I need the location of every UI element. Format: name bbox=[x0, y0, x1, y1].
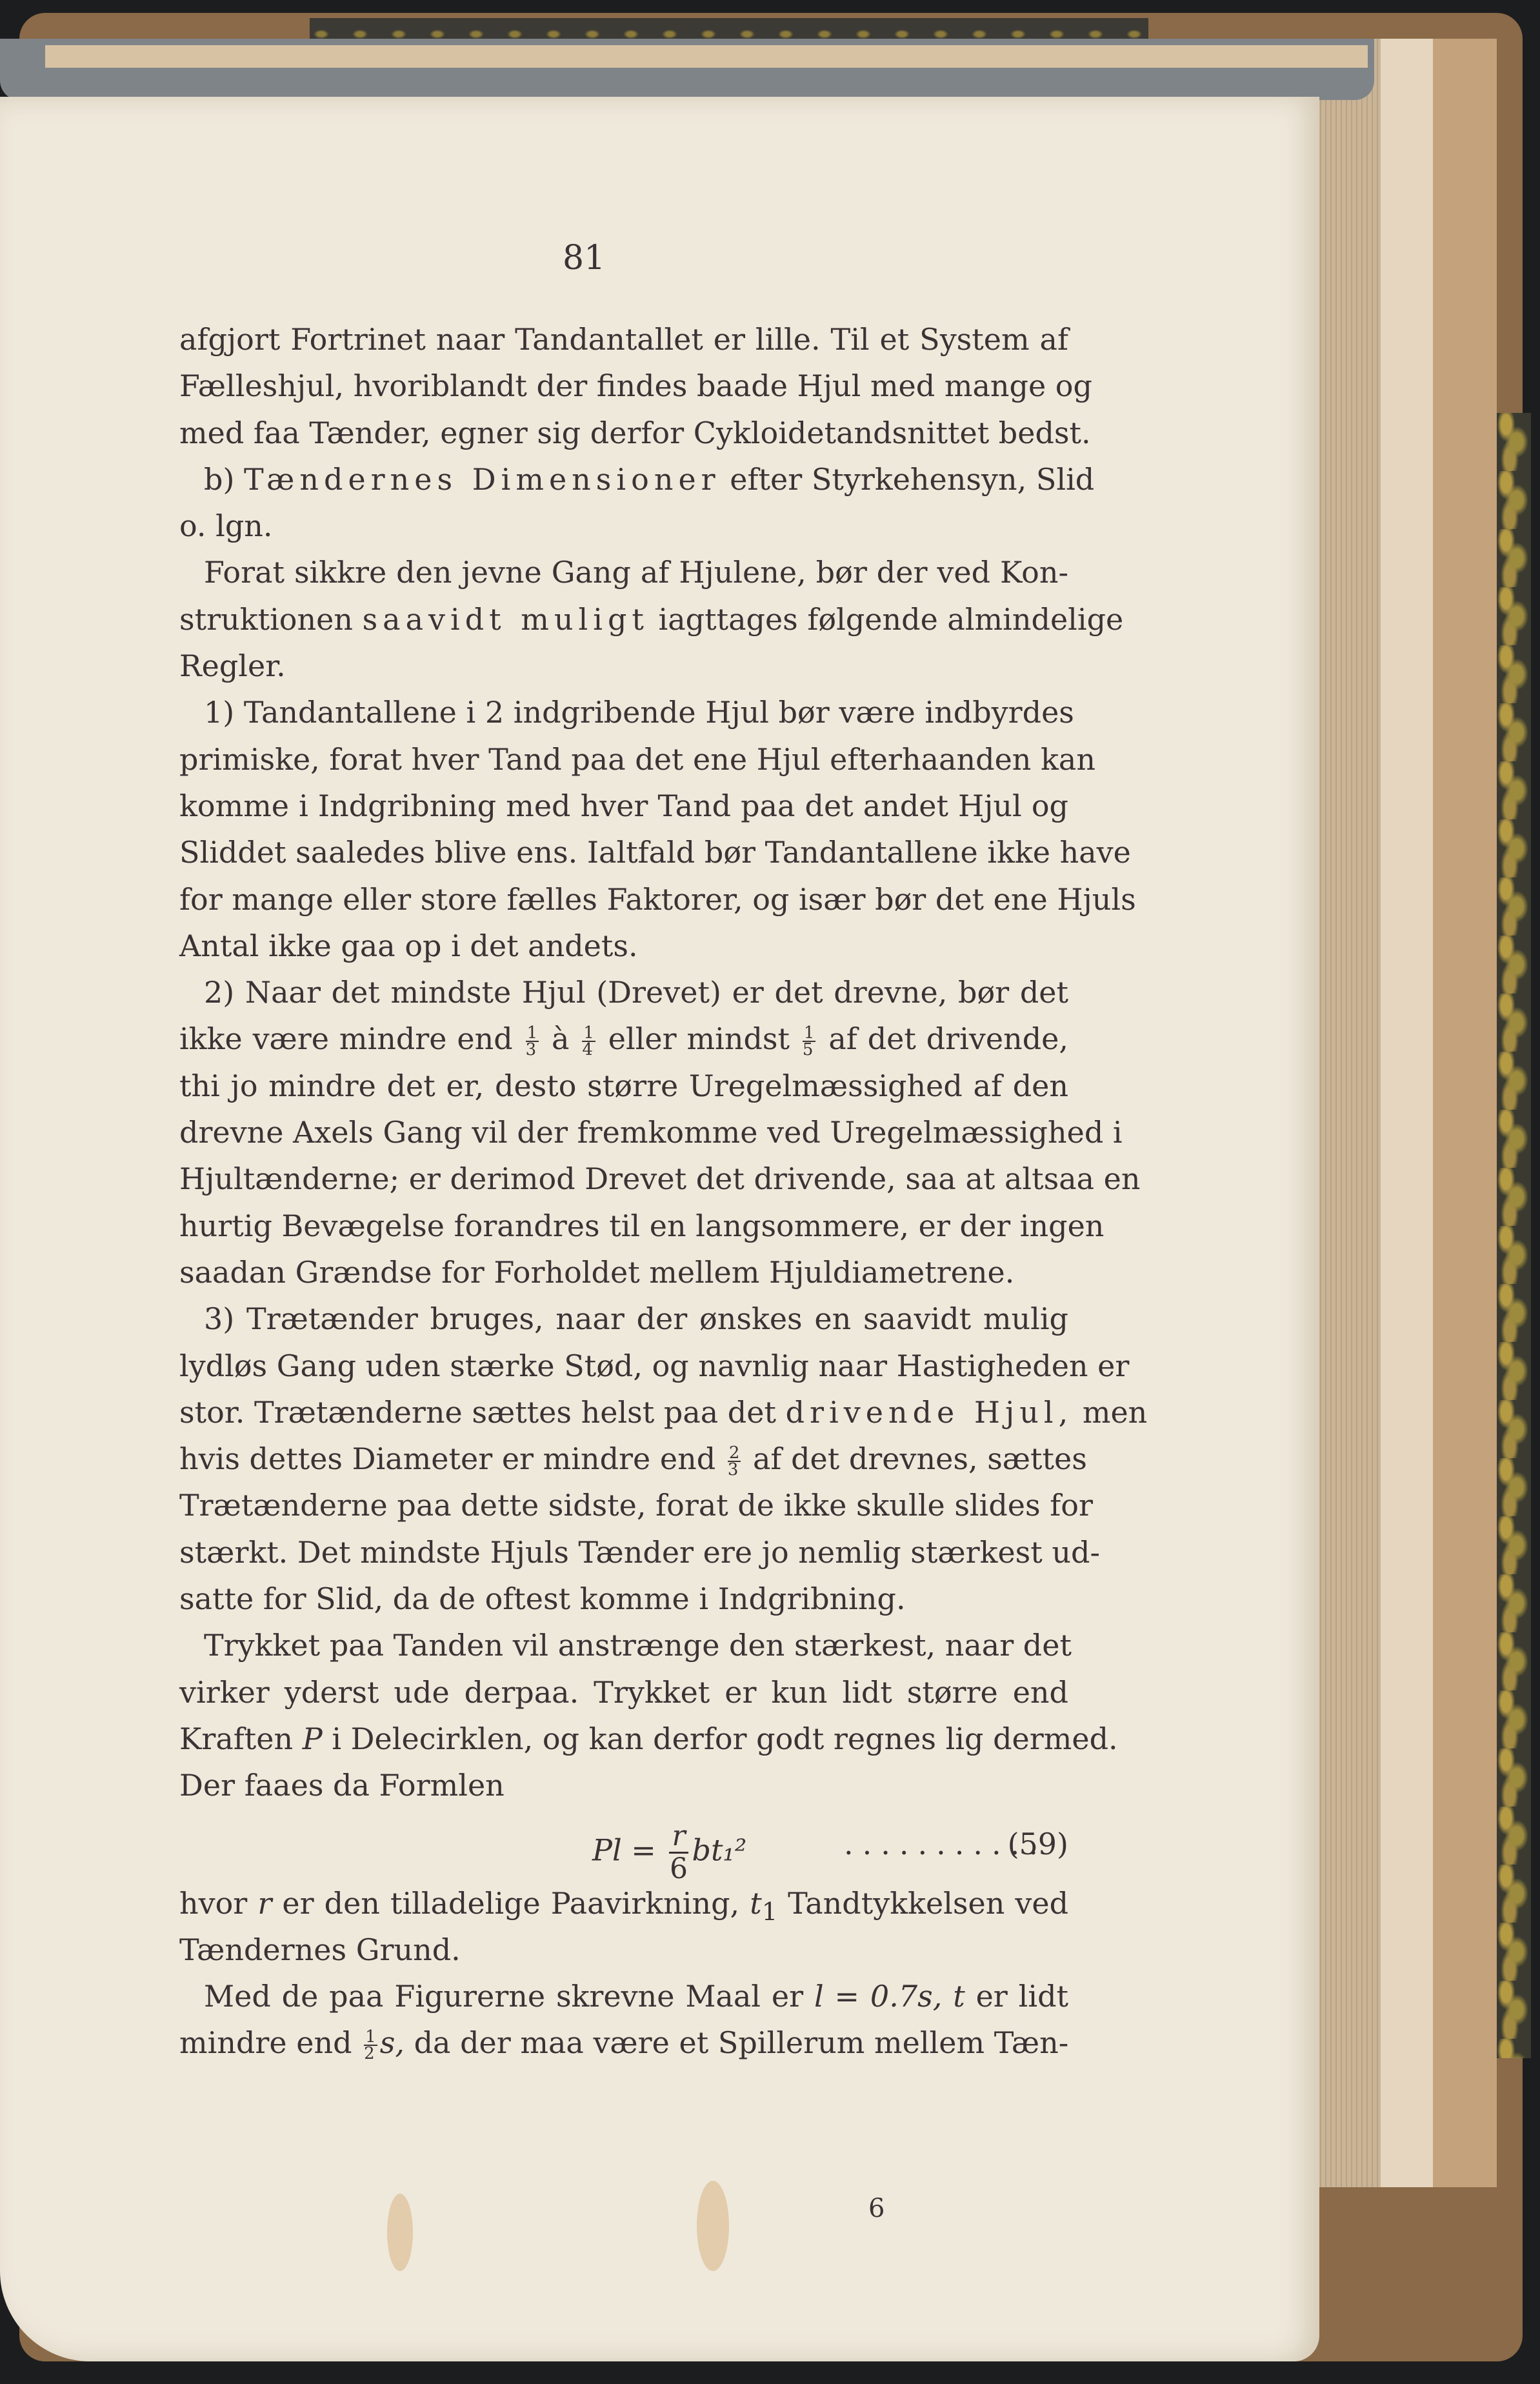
text-line: Med de paa Figurerne skrevne Maal er l =… bbox=[179, 1973, 1068, 2019]
text-line: lydløs Gang uden stærke Stød, og navnlig… bbox=[179, 1343, 1068, 1389]
text-line: Der faaes da Formlen bbox=[179, 1762, 1068, 1808]
text-line: Antal ikke gaa op i det andets. bbox=[179, 923, 1068, 969]
fraction: 12 bbox=[364, 2029, 377, 2061]
section-heading: Tændernes Dimensioner bbox=[244, 462, 721, 497]
section-heading-line: b) Tændernes Dimensioner efter Styrkehen… bbox=[179, 456, 1068, 503]
text-line: mindre end 12s, da der maa være et Spill… bbox=[179, 2019, 1068, 2066]
text-line: hvor r er den tilladelige Paavirkning, t… bbox=[179, 1880, 1068, 1927]
text-line: Kraften P i Delecirklen, og kan derfor g… bbox=[179, 1716, 1068, 1762]
text-line: Trætænderne paa dette sidste, forat de i… bbox=[179, 1482, 1068, 1528]
text-line: primiske, forat hver Tand paa det ene Hj… bbox=[179, 736, 1068, 783]
text-line: saadan Grændse for Forholdet mellem Hjul… bbox=[179, 1249, 1068, 1296]
text-line: Tændernes Grund. bbox=[179, 1927, 1068, 1973]
equation-number: (59) bbox=[1008, 1821, 1068, 1867]
page-fore-edge bbox=[1316, 39, 1381, 2187]
text-line: Regler. bbox=[179, 643, 1068, 689]
page-number: 81 bbox=[563, 239, 605, 277]
foxing-stain bbox=[697, 2181, 729, 2271]
foxing-stain bbox=[387, 2194, 413, 2271]
text-line: drevne Axels Gang vil der fremkomme ved … bbox=[179, 1109, 1068, 1156]
fraction: 23 bbox=[728, 1445, 741, 1477]
text-line: struktionen saavidt muligt iagttages føl… bbox=[179, 596, 1068, 643]
text-line: thi jo mindre det er, desto større Urege… bbox=[179, 1063, 1068, 1109]
text-line: ikke være mindre end 13 à 14 eller minds… bbox=[179, 1016, 1068, 1062]
text-line: Sliddet saaledes blive ens. Ialtfald bør… bbox=[179, 829, 1068, 876]
fraction: 14 bbox=[582, 1025, 595, 1057]
text-line: Hjultænderne; er derimod Drevet det driv… bbox=[179, 1156, 1068, 1202]
fraction: r6 bbox=[669, 1821, 688, 1885]
text-line: Trykket paa Tanden vil anstrænge den stæ… bbox=[179, 1622, 1068, 1668]
text-line: hurtig Bevægelse forandres til en langso… bbox=[179, 1203, 1068, 1249]
page-top-edge bbox=[45, 45, 1368, 68]
fraction: 15 bbox=[803, 1025, 816, 1057]
page-stack-edge bbox=[1381, 39, 1497, 2187]
list-item-1: 1) Tandantallene i 2 indgribende Hjul bø… bbox=[179, 689, 1068, 736]
text-line: Forat sikkre den jevne Gang af Hjulene, … bbox=[179, 549, 1068, 596]
text-line: Fælleshjul, hvoriblandt der findes baade… bbox=[179, 363, 1068, 409]
marbled-cover-edge bbox=[1495, 413, 1531, 2058]
fraction: 13 bbox=[526, 1025, 539, 1057]
text-line: for mange eller store fælles Faktorer, o… bbox=[179, 876, 1068, 923]
formula-59: Pl = r6bt₁² ........... (59) bbox=[179, 1809, 1068, 1880]
text-line: komme i Indgribning med hver Tand paa de… bbox=[179, 783, 1068, 829]
text-line: o. lgn. bbox=[179, 503, 1068, 549]
text-line: virker yderst ude derpaa. Trykket er kun… bbox=[179, 1669, 1068, 1716]
body-text: afgjort Fortrinet naar Tandantallet er l… bbox=[179, 316, 1068, 2067]
text-line: afgjort Fortrinet naar Tandantallet er l… bbox=[179, 316, 1068, 363]
text-line: hvis dettes Diameter er mindre end 23 af… bbox=[179, 1436, 1068, 1482]
list-item-2: 2) Naar det mindste Hjul (Drevet) er det… bbox=[179, 969, 1068, 1016]
printer-signature-mark: 6 bbox=[868, 2194, 885, 2223]
text-line: med faa Tænder, egner sig derfor Cykloid… bbox=[179, 410, 1068, 456]
text-line: stærkt. Det mindste Hjuls Tænder ere jo … bbox=[179, 1529, 1068, 1576]
formula-expression: Pl = r6bt₁² bbox=[592, 1821, 746, 1885]
list-item-3: 3) Trætænder bruges, naar der ønskes en … bbox=[179, 1296, 1068, 1342]
text-line: stor. Trætænderne sættes helst paa det d… bbox=[179, 1389, 1068, 1436]
text-line: satte for Slid, da de oftest komme i Ind… bbox=[179, 1576, 1068, 1622]
